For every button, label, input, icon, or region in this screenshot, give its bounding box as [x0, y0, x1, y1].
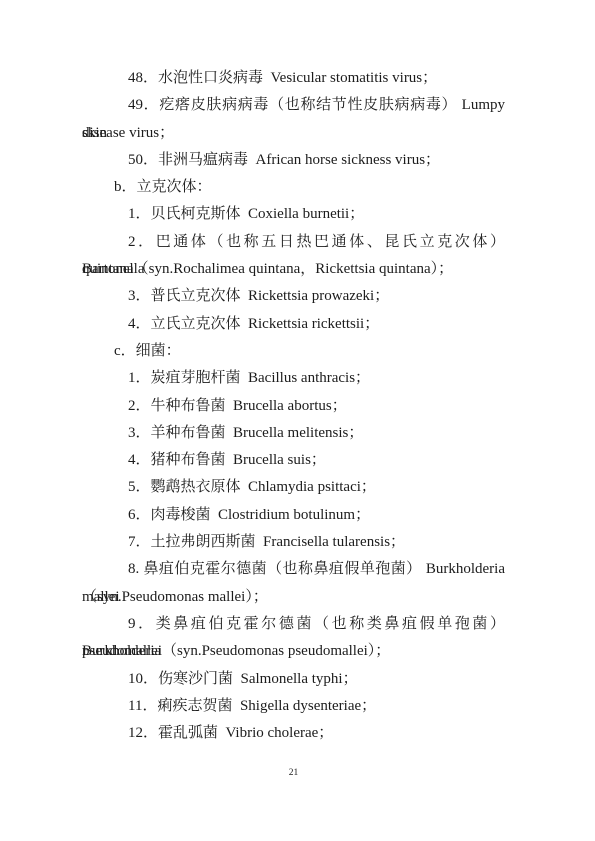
line-item-b2-continuation: quintana（syn.Rochalimea quintana，Rickett…: [82, 256, 505, 283]
line-item-c12: 12．霍乱弧菌 Vibrio cholerae；: [82, 720, 505, 747]
line-item-c8: 8. 鼻疽伯克霍尔德菌（也称鼻疽假单孢菌） Burkholderia malle…: [82, 556, 505, 583]
line-item-b3: 3．普氏立克次体 Rickettsia prowazeki；: [82, 283, 505, 310]
line-item-49-continuation: disease virus；: [82, 120, 505, 147]
document-page: 48．水泡性口炎病毒 Vesicular stomatitis virus； 4…: [0, 0, 595, 841]
line-item-48: 48．水泡性口炎病毒 Vesicular stomatitis virus；: [82, 65, 505, 92]
line-item-c9: 9．类鼻疽伯克霍尔德菌（也称类鼻疽假单孢菌） Burkholderia: [82, 611, 505, 638]
line-item-c4: 4．猪种布鲁菌 Brucella suis；: [82, 447, 505, 474]
section-header-c-bacteria: c．细菌：: [82, 338, 505, 365]
line-item-c8-continuation: （syn.Pseudomonas mallei）；: [82, 584, 505, 611]
line-item-c2: 2．牛种布鲁菌 Brucella abortus；: [82, 393, 505, 420]
document-text-block: 48．水泡性口炎病毒 Vesicular stomatitis virus； 4…: [82, 65, 505, 747]
line-item-c1: 1．炭疽芽胞杆菌 Bacillus anthracis；: [82, 365, 505, 392]
section-header-b-rickettsia: b．立克次体：: [82, 174, 505, 201]
line-item-c9-continuation: pseudomallei（syn.Pseudomonas pseudomalle…: [82, 638, 505, 665]
line-item-c11: 11．痢疾志贺菌 Shigella dysenteriae；: [82, 693, 505, 720]
line-item-b1: 1．贝氏柯克斯体 Coxiella burnetii；: [82, 201, 505, 228]
line-item-b2: 2．巴通体（也称五日热巴通体、昆氏立克次体）Bartonella: [82, 229, 505, 256]
line-item-c3: 3．羊种布鲁菌 Brucella melitensis；: [82, 420, 505, 447]
page-number: 21: [82, 767, 505, 779]
line-item-c6: 6．肉毒梭菌 Clostridium botulinum；: [82, 502, 505, 529]
line-item-b4: 4．立氏立克次体 Rickettsia rickettsii；: [82, 311, 505, 338]
line-item-c10: 10．伤寒沙门菌 Salmonella typhi；: [82, 666, 505, 693]
line-item-50: 50．非洲马瘟病毒 African horse sickness virus；: [82, 147, 505, 174]
line-item-49: 49．疙瘩皮肤病病毒（也称结节性皮肤病病毒） Lumpy skin: [82, 92, 505, 119]
line-item-c7: 7．土拉弗朗西斯菌 Francisella tularensis；: [82, 529, 505, 556]
line-item-c5: 5．鹦鹉热衣原体 Chlamydia psittaci；: [82, 474, 505, 501]
